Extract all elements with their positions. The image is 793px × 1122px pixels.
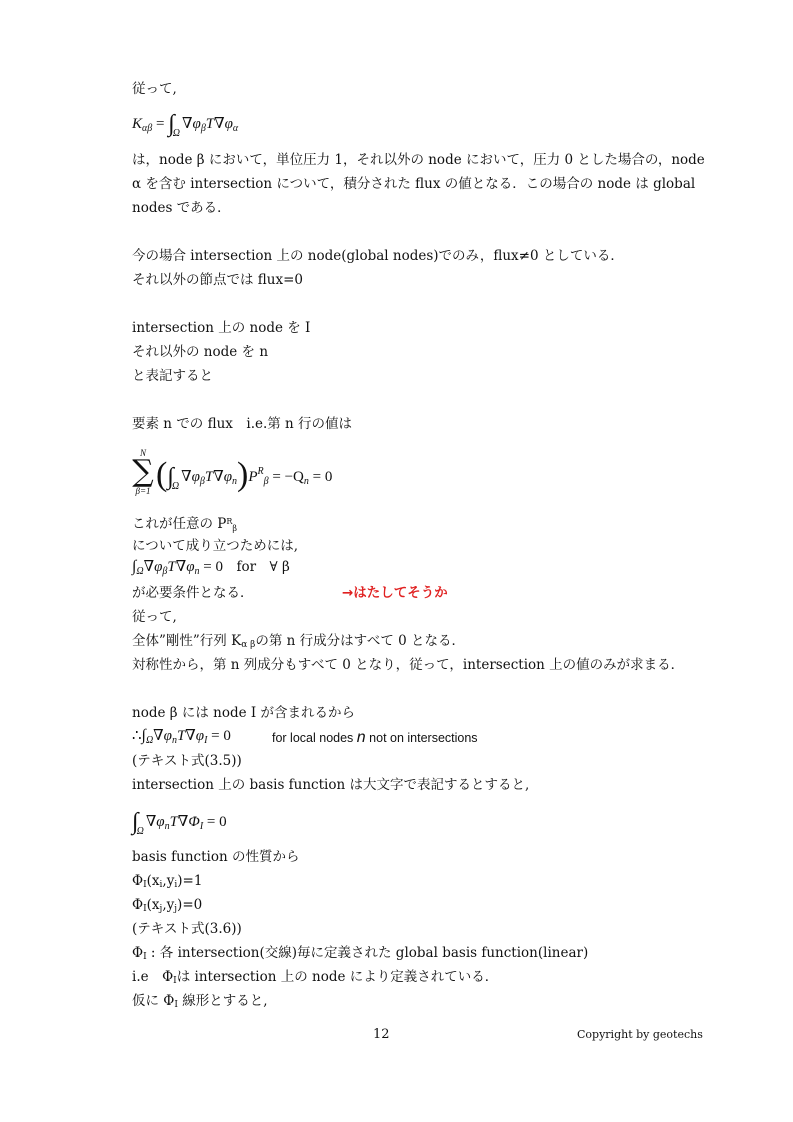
page-number: 12 [373,1027,390,1042]
equation-k-alpha-beta: Kαβ = ∫Ω∇φβT∇φα [132,112,238,138]
text-line: 仮に ΦI 線形とすると, [132,992,268,1014]
text-line: 従って, [132,80,177,98]
text-line: (テキスト式(3.5)) [132,752,242,770]
text-line: intersection 上の node を I [132,319,310,337]
text-line: について成り立つためには, [132,537,298,555]
text-line: ΦI(xj,yj)=0 [132,896,202,918]
text-line: ΦI : 各 intersection(交線)毎に定義された global ba… [132,944,588,966]
text-line: それ以外の node を n [132,343,268,361]
text-line: i.e ΦIは intersection 上の node により定義されている． [132,968,498,990]
text-line: α を含む intersection について，積分された flux の値となる… [132,175,695,193]
text-line: それ以外の節点では flux=0 [132,271,303,289]
equation-condition: ∫Ω∇φβT∇φn = 0 for ∀ β [132,558,290,581]
equation-basis: ∫Ω∇φnT∇ΦI = 0 [132,810,227,836]
text-line: basis function の性質から [132,848,299,866]
copyright-footer: Copyright by geotechs [577,1028,703,1041]
equation-therefore: ∴∫Ω∇φnT∇φI = 0 [132,727,231,750]
text-line: は，node β において，単位圧力 1，それ以外の node において，圧力 … [132,151,705,169]
annotation-red-note: →はたしてそうか [342,584,448,602]
text-line: nodes である． [132,199,231,217]
text-line: ΦI(xi,yi)=1 [132,872,202,894]
text-line: と表記すると [132,367,213,385]
text-line: 従って, [132,608,177,626]
text-line: node β には node I が含まれるから [132,704,355,722]
text-line: intersection 上の basis function は大文字で表記する… [132,776,529,794]
text-line: が必要条件となる． [132,584,254,602]
summation-symbol: N ∑ β=1 [132,448,154,496]
document-page: 従って, Kαβ = ∫Ω∇φβT∇φα は，node β において，単位圧力 … [0,0,793,1122]
text-line: これが任意の PRβ [132,513,237,538]
text-line: 今の場合 intersection 上の node(global nodes)で… [132,247,624,265]
text-line: 要素 n での flux i.e.第 n 行の値は [132,415,352,433]
text-line: 全体”剛性”行列 Kα βの第 n 行成分はすべて 0 となる． [132,632,465,654]
text-line: 対称性から，第 n 列成分もすべて 0 となり，従って，intersection… [132,656,684,674]
text-line: (テキスト式(3.6)) [132,920,242,938]
equation-note: for local nodes n not on intersections [272,729,478,747]
equation-flux-sum: (∫Ω∇φβT∇φn)PRβ = −Qn = 0 [156,462,332,491]
